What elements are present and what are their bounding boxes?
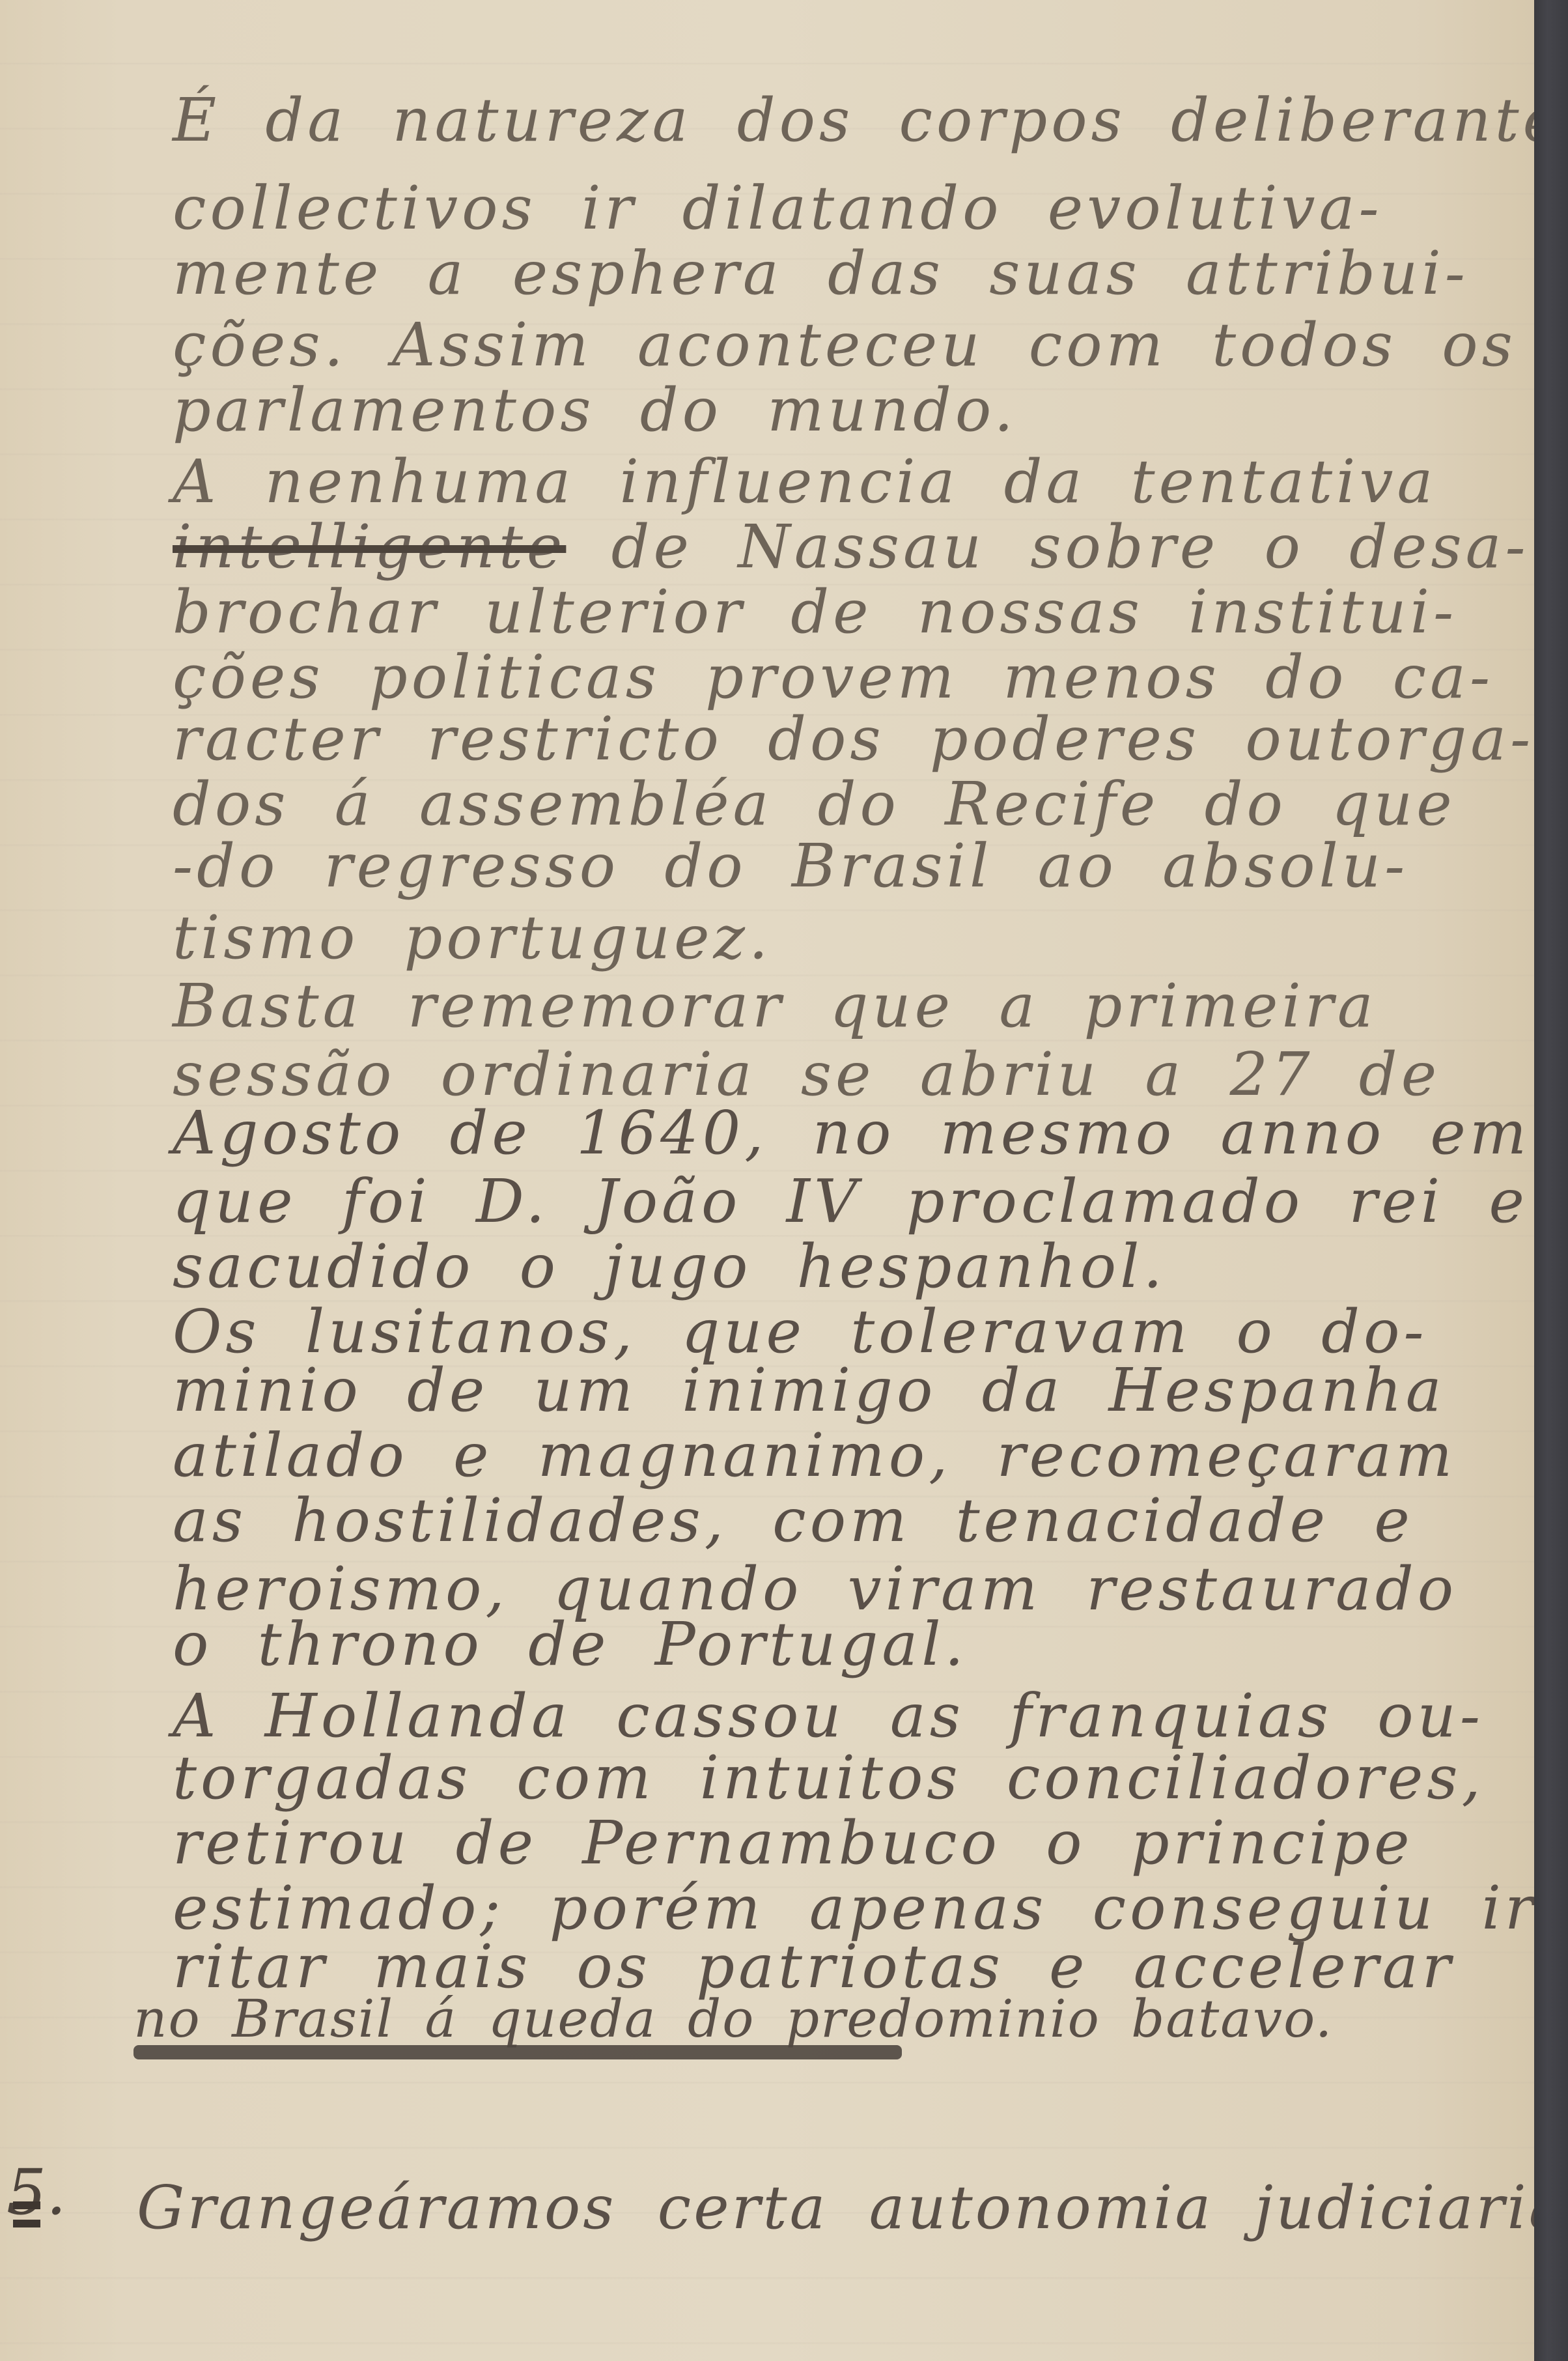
text-line: racter restricto dos poderes outorga- xyxy=(173,703,1514,775)
text-line: collectivos ir dilatando evolutiva- xyxy=(173,173,1514,244)
manuscript-page: É da natureza dos corpos deliberantes co… xyxy=(0,0,1535,2361)
text-line: É da natureza dos corpos deliberantes xyxy=(173,85,1514,156)
text-line: sacudido o jugo hespanhol. xyxy=(173,1231,1514,1303)
struck-out-line xyxy=(133,2045,902,2059)
text-line: que foi D. João IV proclamado rei e xyxy=(173,1166,1514,1237)
text-line: brochar ulterior de nossas institui- xyxy=(173,576,1514,648)
text-line: A Hollanda cassou as franquias ou- xyxy=(173,1680,1514,1752)
text-line-rest: de Nassau sobre o desa- xyxy=(611,512,1530,582)
binding-edge xyxy=(1534,0,1568,2361)
text-line: no Brasil á queda do predominio batavo. xyxy=(133,1983,1475,2055)
text-line: o throno de Portugal. xyxy=(173,1609,1514,1680)
text-line: Basta rememorar que a primeira xyxy=(173,970,1514,1042)
text-line: retirou de Pernambuco o principe xyxy=(173,1807,1514,1879)
text-line: intelligente de Nassau sobre o desa- xyxy=(173,511,1514,583)
text-line: A nenhuma influencia da tentativa xyxy=(173,446,1514,518)
text-line: as hostilidades, com tenacidade e xyxy=(173,1485,1514,1557)
double-underline-mark xyxy=(13,2201,40,2227)
section-heading-text: Grangeáramos certa autonomia judiciaria xyxy=(137,2172,1478,2244)
text-line: atilado e magnanimo, recomeçaram xyxy=(173,1420,1514,1492)
text-line: mente a esphera das suas attribui- xyxy=(173,238,1514,309)
text-line: minio de um inimigo da Hespanha xyxy=(173,1355,1514,1426)
text-line: parlamentos do mundo. xyxy=(173,375,1514,446)
text-line: ções. Assim aconteceu com todos os xyxy=(173,309,1514,381)
text-line: torgadas com intuitos conciliadores, xyxy=(173,1742,1514,1814)
section-number: 5. xyxy=(7,2156,66,2229)
text-line: ções politicas provem menos do ca- xyxy=(173,642,1514,713)
text-line: tismo portuguez. xyxy=(173,902,1514,974)
text-line: Agosto de 1640, no mesmo anno em xyxy=(173,1097,1514,1169)
text-line: -do regresso do Brasil ao absolu- xyxy=(173,830,1514,902)
struck-word: intelligente xyxy=(173,512,566,582)
text-line: dos á assembléa do Recife do que xyxy=(173,769,1514,840)
